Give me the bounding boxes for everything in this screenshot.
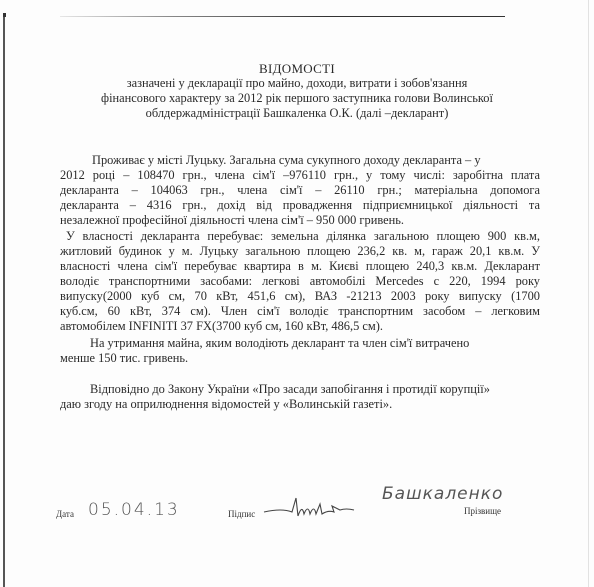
property-line-7: автомобілем INFINITI 37 FX(3700 куб см, … <box>60 319 540 333</box>
property-line-5: випуску(2000 куб см, 70 кВт, 451,6 см), … <box>60 289 540 303</box>
subtitle-line-1: зазначені у декларації про майно, доходи… <box>0 76 594 90</box>
left-border-mark <box>3 13 6 17</box>
consent-line-2: даю згоду на оприлюднення відомостей у «… <box>60 397 540 411</box>
surname-label: Прізвище <box>464 506 501 516</box>
expenses-line-2: менше 150 тис. гривень. <box>60 351 540 365</box>
top-border-line <box>60 16 505 17</box>
surname-handwritten: Башкаленко <box>382 484 503 504</box>
property-line-4: володіє транспортними засобами: легкові … <box>60 274 540 288</box>
property-line-3: власності члена сім'ї перебуває квартира… <box>60 259 540 273</box>
income-line-1: Проживає у місті Луцьку. Загальна сума с… <box>92 153 540 167</box>
expenses-line-1: На утримання майна, яким володіють декла… <box>90 336 540 350</box>
consent-line-1: Відповідно до Закону України «Про засади… <box>90 382 560 396</box>
subtitle-line-3: облдержадміністрації Башкаленка О.К. (да… <box>0 106 594 120</box>
income-line-3: декларанта – 104063 грн., члена сім'ї – … <box>60 183 540 197</box>
scanned-document-page: ВІДОМОСТІ зазначені у декларації про май… <box>0 0 594 587</box>
subtitle-line-2: фінансового характеру за 2012 рік першог… <box>0 91 594 105</box>
signature-scribble <box>262 494 382 524</box>
document-title: ВІДОМОСТІ <box>0 62 594 76</box>
income-line-4: декларанта – 4316 грн., дохід від провад… <box>60 198 540 212</box>
date-handwritten: 05.04.13 <box>88 500 180 520</box>
property-line-1: У власності декларанта перебуває: земель… <box>66 229 540 243</box>
income-line-2: 2012 році – 108470 грн., члена сім'ї –97… <box>60 168 540 182</box>
signature-label: Підпис <box>228 509 255 519</box>
date-label: Дата <box>56 509 74 519</box>
income-line-5: незалежної професійної діяльності члена … <box>60 213 540 227</box>
property-line-6: куб.см, 60 кВт, 374 см). Член сім'ї воло… <box>60 304 540 318</box>
property-line-2: житловий будинок у м. Луцьку загальною п… <box>60 244 540 258</box>
